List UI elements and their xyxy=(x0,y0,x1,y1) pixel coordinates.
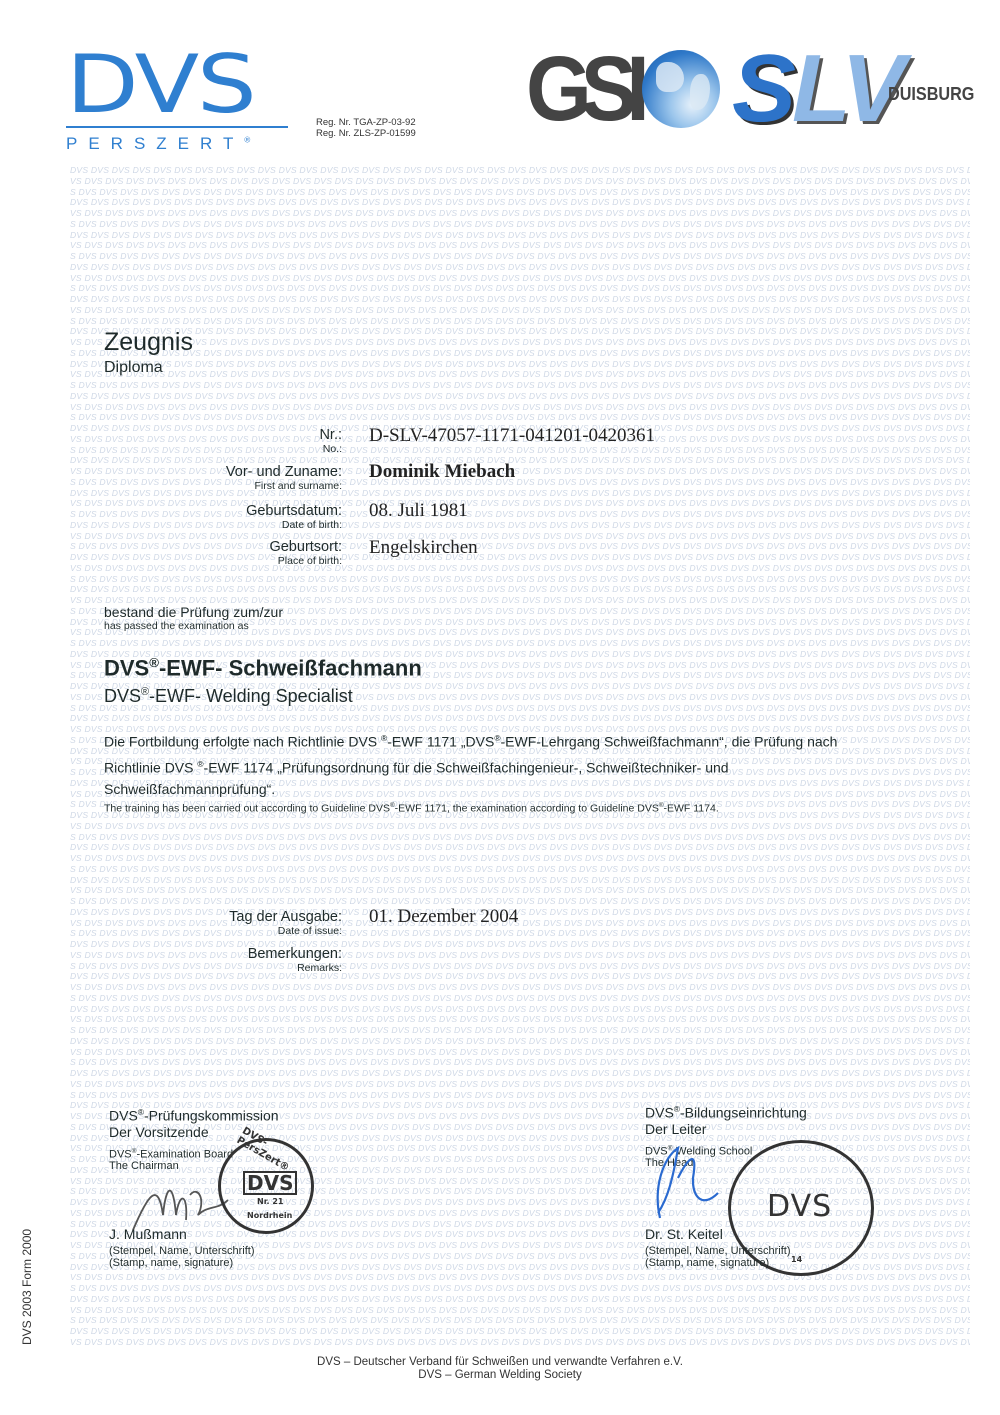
stamp-number: Nr. 21 xyxy=(257,1197,283,1206)
field-label-issue-date: Tag der Ausgabe:Date of issue: xyxy=(229,909,342,937)
slv-lv: LV xyxy=(792,35,901,142)
training-statement-en: The training has been carried out accord… xyxy=(104,802,719,815)
handwritten-signature-icon xyxy=(648,1138,728,1223)
footer-line-en: DVS – German Welding Society xyxy=(0,1369,1000,1382)
passed-de: bestand die Prüfung zum/zur xyxy=(104,604,283,620)
label-en: Place of birth: xyxy=(269,555,342,567)
label-de: Tag der Ausgabe: xyxy=(229,909,342,925)
signatory-name: Dr. St. Keitel xyxy=(645,1226,790,1242)
qual-suffix: -EWF- Schweißfachmann xyxy=(159,655,422,680)
slv-s: S xyxy=(732,35,792,142)
label-de: Geburtsdatum: xyxy=(246,503,342,519)
registered-mark: ® xyxy=(244,135,250,144)
qual-suffix: -EWF- Welding Specialist xyxy=(149,686,353,706)
label-de: Vor- und Zuname: xyxy=(226,464,342,480)
registration-number: Reg. Nr. ZLS-ZP-01599 xyxy=(316,128,416,139)
document-subtitle: Diploma xyxy=(104,359,163,377)
label-de: Nr.: xyxy=(319,427,342,443)
text: -Bildungseinrichtung xyxy=(680,1105,807,1121)
label-en: First and surname: xyxy=(226,480,342,492)
issue-date: 01. Dezember 2004 xyxy=(369,906,518,928)
slv-text: SLV xyxy=(732,44,901,134)
text: Die Fortbildung erfolgte nach Richtlinie… xyxy=(104,734,377,750)
text: DVS xyxy=(109,1108,138,1124)
field-label-birthdate: Geburtsdatum:Date of birth: xyxy=(246,503,342,531)
field-label-number: Nr.:No.: xyxy=(319,427,342,455)
signature-note-de: (Stempel, Name, Unterschrift) xyxy=(109,1245,254,1257)
text: -EWF 1174. xyxy=(664,803,719,815)
label-de: Bemerkungen: xyxy=(248,946,342,962)
signatory-name: J. Mußmann xyxy=(109,1226,254,1242)
footer: DVS – Deutscher Verband für Schweißen un… xyxy=(0,1356,1000,1382)
registered-mark: ® xyxy=(149,655,159,670)
dvs-logo-letters: DVS xyxy=(66,50,328,120)
passed-statement: bestand die Prüfung zum/zur has passed t… xyxy=(104,604,283,632)
stamp-bottom-text: Nordrhein xyxy=(247,1211,292,1220)
label-de: Geburtsort: xyxy=(269,539,342,555)
passed-en: has passed the examination as xyxy=(104,620,283,632)
stamp-center: DVS xyxy=(243,1171,297,1195)
text: -Prüfungskommission xyxy=(144,1108,279,1124)
certificate-number: D-SLV-47057-1171-041201-0420361 xyxy=(369,425,655,447)
qualification-title-de: DVS®-EWF- Schweißfachmann xyxy=(104,655,422,681)
birth-place: Engelskirchen xyxy=(369,537,478,559)
text: -Examination Board xyxy=(136,1148,233,1160)
footer-line-de: DVS – Deutscher Verband für Schweißen un… xyxy=(0,1356,1000,1369)
field-label-birthplace: Geburtsort:Place of birth: xyxy=(269,539,342,567)
org-de: DVS®-Bildungseinrichtung xyxy=(645,1101,807,1121)
qualification-title-en: DVS®-EWF- Welding Specialist xyxy=(104,686,353,707)
gsi-text: GSI xyxy=(526,44,639,134)
perszert-text: PERSZERT xyxy=(66,134,244,153)
text: The training has been carried out accord… xyxy=(104,803,390,815)
stamp-center: DVS xyxy=(767,1189,832,1224)
document-title: Zeugnis xyxy=(104,328,193,357)
globe-icon xyxy=(642,50,720,128)
text: -EWF 1171 „DVS xyxy=(387,734,494,750)
qual-prefix: DVS xyxy=(104,686,141,706)
text: -EWF 1171, the examination according to … xyxy=(395,803,659,815)
text: DVS xyxy=(109,1148,132,1160)
dvs-perszert-logo: DVS PERSZERT® xyxy=(66,50,288,154)
qual-prefix: DVS xyxy=(104,655,149,680)
holder-name: Dominik Miebach xyxy=(369,461,515,483)
perszert-subtitle: PERSZERT® xyxy=(66,134,288,154)
duisburg-text: DUISBURG xyxy=(888,84,974,105)
role-de: Der Leiter xyxy=(645,1121,807,1137)
signatory-left: J. Mußmann (Stempel, Name, Unterschrift)… xyxy=(109,1226,254,1269)
label-en: No.: xyxy=(319,443,342,455)
form-identifier: DVS 2003 Form 2000 xyxy=(20,1229,34,1345)
signature-note-en: (Stamp, name, signature) xyxy=(109,1257,254,1269)
registration-numbers: Reg. Nr. TGA-ZP-03-92 Reg. Nr. ZLS-ZP-01… xyxy=(316,117,416,139)
label-en: Remarks: xyxy=(248,962,342,974)
label-en: Date of birth: xyxy=(246,519,342,531)
stamp-number: 14 xyxy=(791,1255,802,1264)
text: DVS xyxy=(645,1105,674,1121)
field-label-name: Vor- und Zuname:First and surname: xyxy=(226,464,342,492)
registered-mark: ® xyxy=(141,686,149,698)
training-statement-de: Die Fortbildung erfolgte nach Richtlinie… xyxy=(104,727,894,800)
signature-note-de: (Stempel, Name, Unterschrift) xyxy=(645,1245,790,1257)
field-label-remarks: Bemerkungen:Remarks: xyxy=(248,946,342,974)
label-en: Date of issue: xyxy=(229,925,342,937)
examination-board-stamp: DVS-PersZert® DVS Nr. 21 Nordrhein xyxy=(218,1138,314,1234)
registration-number: Reg. Nr. TGA-ZP-03-92 xyxy=(316,117,416,128)
org-de: DVS®-Prüfungskommission xyxy=(109,1104,279,1124)
birth-date: 08. Juli 1981 xyxy=(369,500,468,522)
signatory-right: Dr. St. Keitel (Stempel, Name, Unterschr… xyxy=(645,1226,790,1269)
signature-note-en: (Stamp, name, signature) xyxy=(645,1257,790,1269)
